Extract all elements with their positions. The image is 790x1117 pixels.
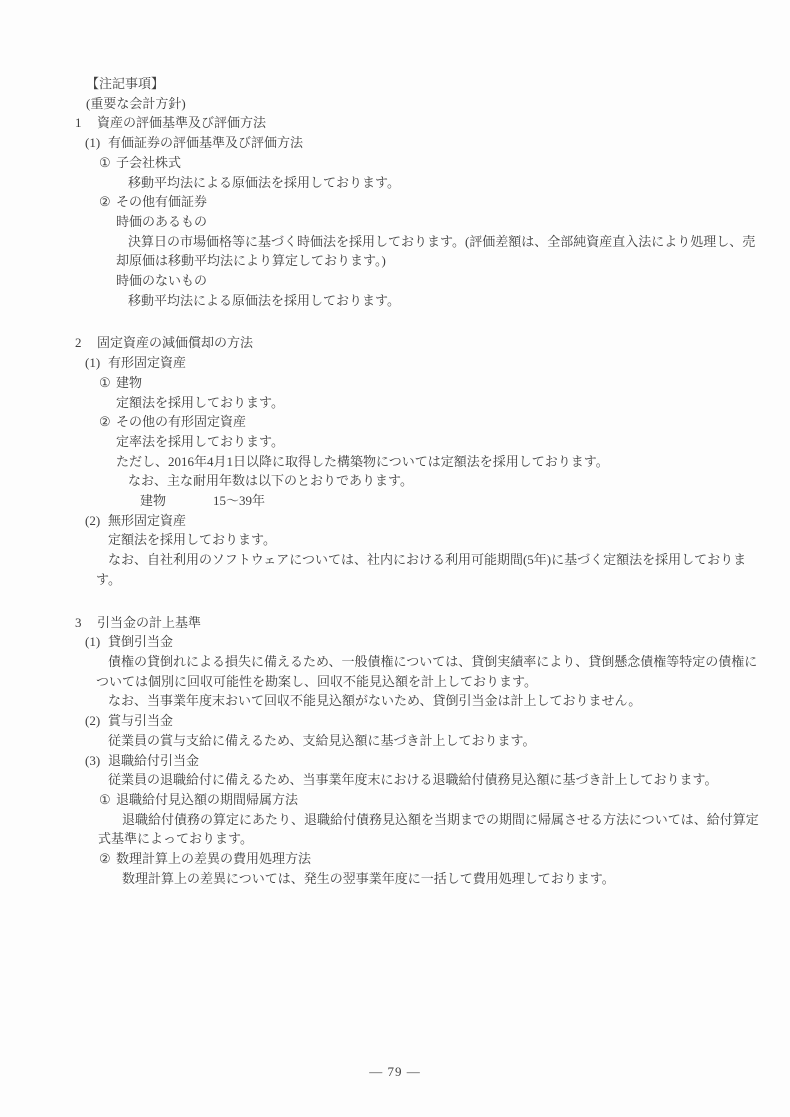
subitem-title: 数理計算上の差異の費用処理方法 [116,851,311,866]
subitem-circle2-heading: ②数理計算上の差異の費用処理方法 [99,849,770,869]
subitem-circle1-heading: ①退職給付見込額の期間帰属方法 [99,790,770,810]
body-line: なお、自社利用のソフトウェアについては、社内における利用可能期間(5年)に基づく… [108,550,770,570]
body-line: なお、当事業年度末おいて回収不能見込額がないため、貸倒引当金は計上しておりません… [108,691,770,711]
section-number: 3 [75,613,97,633]
item-title: 有形固定資産 [108,355,186,370]
section-2-heading: 2固定資産の減価償却の方法 [75,333,770,353]
body-line: 従業員の退職給付に備えるため、当事業年度末における退職給付債務見込額に基づき計上… [108,770,770,790]
body-line: 定率法を採用しております。 [116,432,770,452]
body-line: 却原価は移動平均法により算定しております。) [116,251,770,271]
item-3-1-heading: (1)貸倒引当金 [85,632,770,652]
body-line: 式基準によっております。 [98,829,770,849]
useful-life-asset-label: 建物 [140,491,213,511]
item-3-2-heading: (2)賞与引当金 [85,711,770,731]
subitem-title: 建物 [116,375,142,390]
body-line: 債権の貸倒れによる損失に備えるため、一般債権については、貸倒実績率により、貸倒懸… [108,652,770,672]
body-line: 移動平均法による原価法を採用しております。 [128,173,770,193]
subitem-title: 子会社株式 [116,155,181,170]
useful-life-years-value: 15〜39年 [213,493,265,508]
body-line: 従業員の賞与支給に備えるため、支給見込額に基づき計上しております。 [108,731,770,751]
page-number: ― 79 ― [0,1062,790,1082]
subitem-marker: ① [99,373,116,393]
body-line: 数理計算上の差異については、発生の翌事業年度に一括して費用処理しております。 [122,869,770,889]
body-line: なお、主な耐用年数は以下のとおりであります。 [128,471,770,491]
item-title: 有価証券の評価基準及び評価方法 [108,135,303,150]
subitem-circle1-heading: ①建物 [99,373,770,393]
subitem-circle2-heading: ②その他の有形固定資産 [99,412,770,432]
subitem-marker: ② [99,192,116,212]
document-page: 【注記事項】 (重要な会計方針) 1資産の評価基準及び評価方法 (1)有価証券の… [0,0,790,1117]
body-label: 時価のあるもの [116,212,770,232]
section-title: 引当金の計上基準 [97,615,201,630]
body-line: ただし、2016年4月1日以降に取得した構築物については定額法を採用しております… [116,452,770,472]
subitem-title: 退職給付見込額の期間帰属方法 [116,792,298,807]
body-line: 退職給付債務の算定にあたり、退職給付債務見込額を当期までの期間に帰属させる方法に… [122,810,770,830]
useful-life-row: 建物15〜39年 [140,491,770,511]
body-line: す。 [96,570,770,590]
subitem-marker: ① [99,153,116,173]
body-label: 時価のないもの [116,271,770,291]
item-marker: (1) [85,632,108,652]
subitem-marker: ② [99,412,116,432]
section-title: 資産の評価基準及び評価方法 [97,115,266,130]
section-3-heading: 3引当金の計上基準 [75,613,770,633]
section-1-heading: 1資産の評価基準及び評価方法 [75,113,770,133]
item-marker: (3) [85,751,108,771]
subitem-marker: ② [99,849,116,869]
item-marker: (1) [85,133,108,153]
section-number: 1 [75,113,97,133]
item-1-1-heading: (1)有価証券の評価基準及び評価方法 [85,133,770,153]
item-marker: (1) [85,353,108,373]
item-2-2-heading: (2)無形固定資産 [85,511,770,531]
subitem-circle1-heading: ①子会社株式 [99,153,770,173]
subitem-title: その他の有形固定資産 [116,414,246,429]
section-number: 2 [75,333,97,353]
body-line: 定額法を採用しております。 [116,393,770,413]
subitem-title: その他有価証券 [116,194,207,209]
item-marker: (2) [85,711,108,731]
item-marker: (2) [85,511,108,531]
item-title: 賞与引当金 [108,713,173,728]
document-body: 【注記事項】 (重要な会計方針) 1資産の評価基準及び評価方法 (1)有価証券の… [0,74,770,888]
subitem-marker: ① [99,790,116,810]
item-title: 退職給付引当金 [108,753,199,768]
item-2-1-heading: (1)有形固定資産 [85,353,770,373]
body-line: 決算日の市場価格等に基づく時価法を採用しております。(評価差額は、全部純資産直入… [128,232,770,252]
item-3-3-heading: (3)退職給付引当金 [85,751,770,771]
notes-title: 【注記事項】 [86,74,770,94]
item-title: 無形固定資産 [108,513,186,528]
body-line: ついては個別に回収可能性を勘案し、回収不能見込額を計上しております。 [96,672,770,692]
section-title: 固定資産の減価償却の方法 [97,335,253,350]
subitem-circle2-heading: ②その他有価証券 [99,192,770,212]
body-line: 移動平均法による原価法を採用しております。 [128,291,770,311]
body-line: 定額法を採用しております。 [108,530,770,550]
item-title: 貸倒引当金 [108,634,173,649]
subtitle-significant-accounting-policies: (重要な会計方針) [86,94,770,114]
